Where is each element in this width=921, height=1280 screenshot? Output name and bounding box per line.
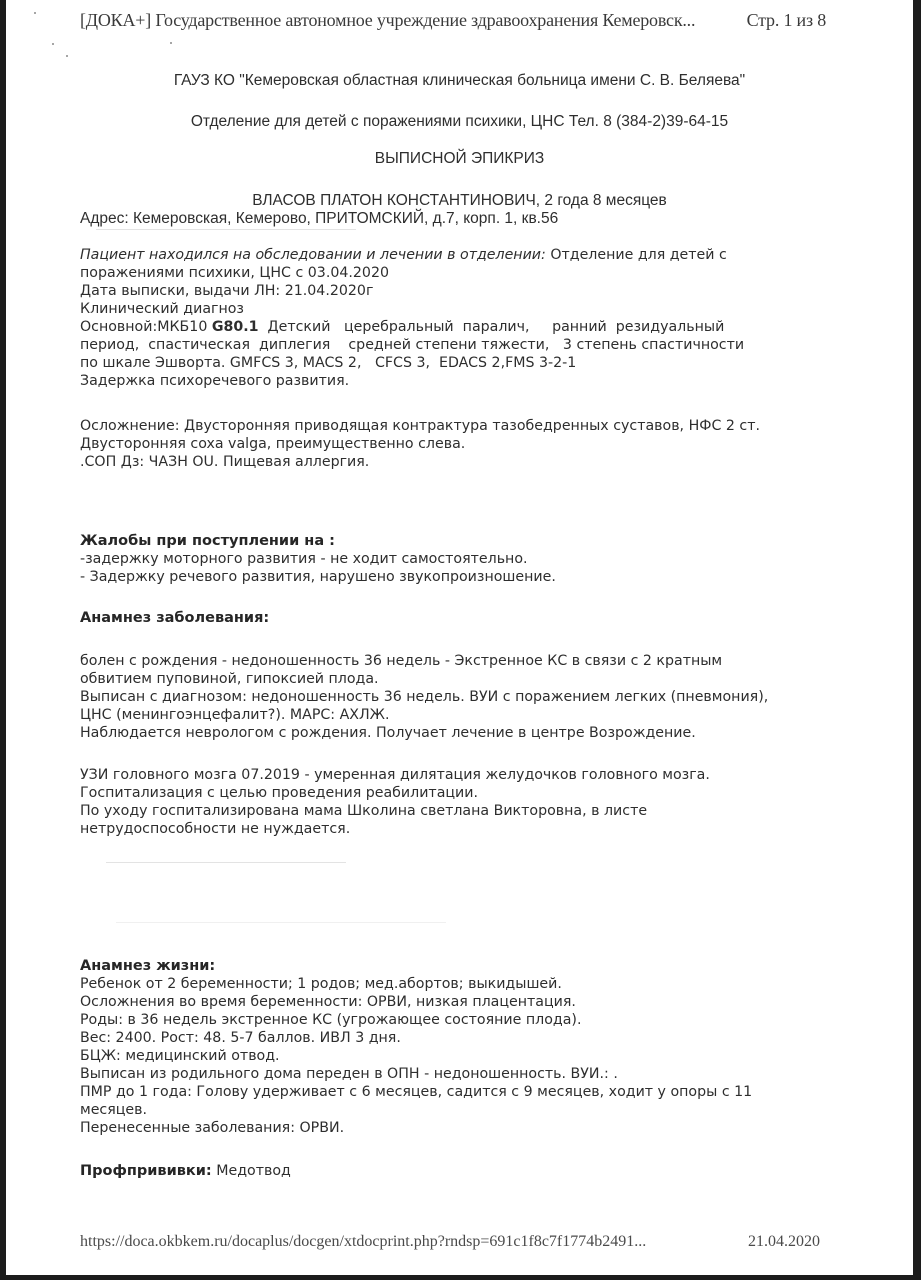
life-history-line: месяцев.	[80, 1101, 820, 1119]
history-line: болен с рождения - недоношенность 36 нед…	[80, 652, 820, 670]
address-line: Адрес: Кемеровская, Кемерово, ПРИТОМСКИЙ…	[80, 210, 820, 228]
print-footer-date: 21.04.2020	[748, 1233, 820, 1251]
history-line: обвитием пуповиной, гипоксией плода.	[80, 670, 820, 688]
print-footer-url: https://doca.okbkem.ru/docaplus/docgen/x…	[80, 1233, 646, 1250]
diagnosis-text-1: Детский церебральный паралич, ранний рез…	[259, 319, 725, 335]
disease-history-paragraph-2: УЗИ головного мозга 07.2019 - умеренная …	[80, 766, 820, 838]
history-line: УЗИ головного мозга 07.2019 - умеренная …	[80, 766, 820, 784]
diagnosis-line-3: по шкале Эшворта. GMFCS 3, MACS 2, CFCS …	[80, 354, 820, 372]
disease-history-paragraph-1: болен с рождения - недоношенность 36 нед…	[80, 652, 820, 742]
stay-line-2: поражениями психики, ЦНС с 03.04.2020	[80, 264, 820, 282]
stay-label: Пациент находился на обследовании и лече…	[80, 247, 546, 263]
discharge-date: Дата выписки, выдачи ЛН: 21.04.2020г	[80, 282, 820, 300]
complications-section: Осложнение: Двусторонняя приводящая конт…	[80, 417, 820, 471]
patient-line: ВЛАСОВ ПЛАТОН КОНСТАНТИНОВИЧ, 2 года 8 м…	[6, 192, 913, 210]
complaint-item: -задержку моторного развития - не ходит …	[80, 550, 820, 568]
department-line: Отделение для детей с поражениями психик…	[6, 113, 913, 131]
clinical-diagnosis-label: Клинический диагноз	[80, 300, 820, 318]
complication-line: Двусторонняя coxa valga, преимущественно…	[80, 435, 820, 453]
vaccinations-value: Медотвод	[212, 1163, 291, 1179]
disease-history-heading-block: Анамнез заболевания:	[80, 609, 820, 627]
vaccinations-section: Профпрививки: Медотвод	[80, 1162, 820, 1180]
print-footer: https://doca.okbkem.ru/docaplus/docgen/x…	[80, 1233, 840, 1251]
history-line: Выписан с диагнозом: недоношенность 36 н…	[80, 688, 820, 706]
complaints-heading: Жалобы при поступлении на :	[80, 532, 820, 550]
faint-rule	[116, 922, 446, 923]
life-history-line: ПМР до 1 года: Голову удерживает с 6 мес…	[80, 1083, 820, 1101]
life-history-line: БЦЖ: медицинский отвод.	[80, 1047, 820, 1065]
history-line: Госпитализация с целью проведения реабил…	[80, 784, 820, 802]
scan-speck	[66, 55, 68, 57]
document-page: [ДОКА+] Государственное автономное учреж…	[6, 0, 913, 1275]
diagnosis-code: G80.1	[212, 319, 259, 335]
diagnosis-line-2: период, спастическая диплегия средней ст…	[80, 336, 820, 354]
print-header-title: [ДОКА+] Государственное автономное учреж…	[80, 10, 695, 30]
complaints-section: Жалобы при поступлении на : -задержку мо…	[80, 532, 820, 586]
complaint-item: - Задержку речевого развития, нарушено з…	[80, 568, 820, 586]
faint-rule	[96, 229, 356, 230]
history-line: Наблюдается неврологом с рождения. Получ…	[80, 724, 820, 742]
life-history-line: Выписан из родильного дома переден в ОПН…	[80, 1065, 820, 1083]
scan-speck	[34, 12, 36, 14]
scan-speck	[52, 43, 54, 45]
document-title: ВЫПИСНОЙ ЭПИКРИЗ	[6, 150, 913, 168]
stay-line-1: Пациент находился на обследовании и лече…	[80, 246, 820, 264]
history-line: ЦНС (менингоэнцефалит?). МАРС: АХЛЖ.	[80, 706, 820, 724]
history-line: нетрудоспособности не нуждается.	[80, 820, 820, 838]
life-history-line: Перенесенные заболевания: ОРВИ.	[80, 1119, 820, 1137]
stay-and-diagnosis-section: Пациент находился на обследовании и лече…	[80, 246, 820, 390]
stay-value-1: Отделение для детей с	[546, 247, 727, 263]
diagnosis-line-1: Основной:МКБ10 G80.1 Детский церебральны…	[80, 318, 820, 336]
scan-speck	[170, 42, 172, 44]
vaccinations-label: Профпрививки:	[80, 1163, 212, 1179]
faint-rule	[106, 862, 346, 863]
life-history-line: Роды: в 36 недель экстренное КС (угрожаю…	[80, 1011, 820, 1029]
life-history-heading: Анамнез жизни:	[80, 957, 820, 975]
complication-line: .СОП Дз: ЧАЗН OU. Пищевая аллергия.	[80, 453, 820, 471]
life-history-line: Ребенок от 2 беременности; 1 родов; мед.…	[80, 975, 820, 993]
institution-name: ГАУЗ КО "Кемеровская областная клиническ…	[6, 72, 913, 90]
life-history-line: Осложнения во время беременности: ОРВИ, …	[80, 993, 820, 1011]
life-history-line: Вес: 2400. Рост: 48. 5-7 баллов. ИВЛ 3 д…	[80, 1029, 820, 1047]
history-line: По уходу госпитализирована мама Школина …	[80, 802, 820, 820]
page-indicator: Стр. 1 из 8	[747, 10, 826, 31]
diagnosis-prefix: Основной:МКБ10	[80, 319, 212, 335]
print-header: [ДОКА+] Государственное автономное учреж…	[80, 10, 840, 31]
life-history-section: Анамнез жизни: Ребенок от 2 беременности…	[80, 957, 820, 1137]
complication-line: Осложнение: Двусторонняя приводящая конт…	[80, 417, 820, 435]
diagnosis-line-4: Задержка психоречевого развития.	[80, 372, 820, 390]
disease-history-heading: Анамнез заболевания:	[80, 609, 820, 627]
